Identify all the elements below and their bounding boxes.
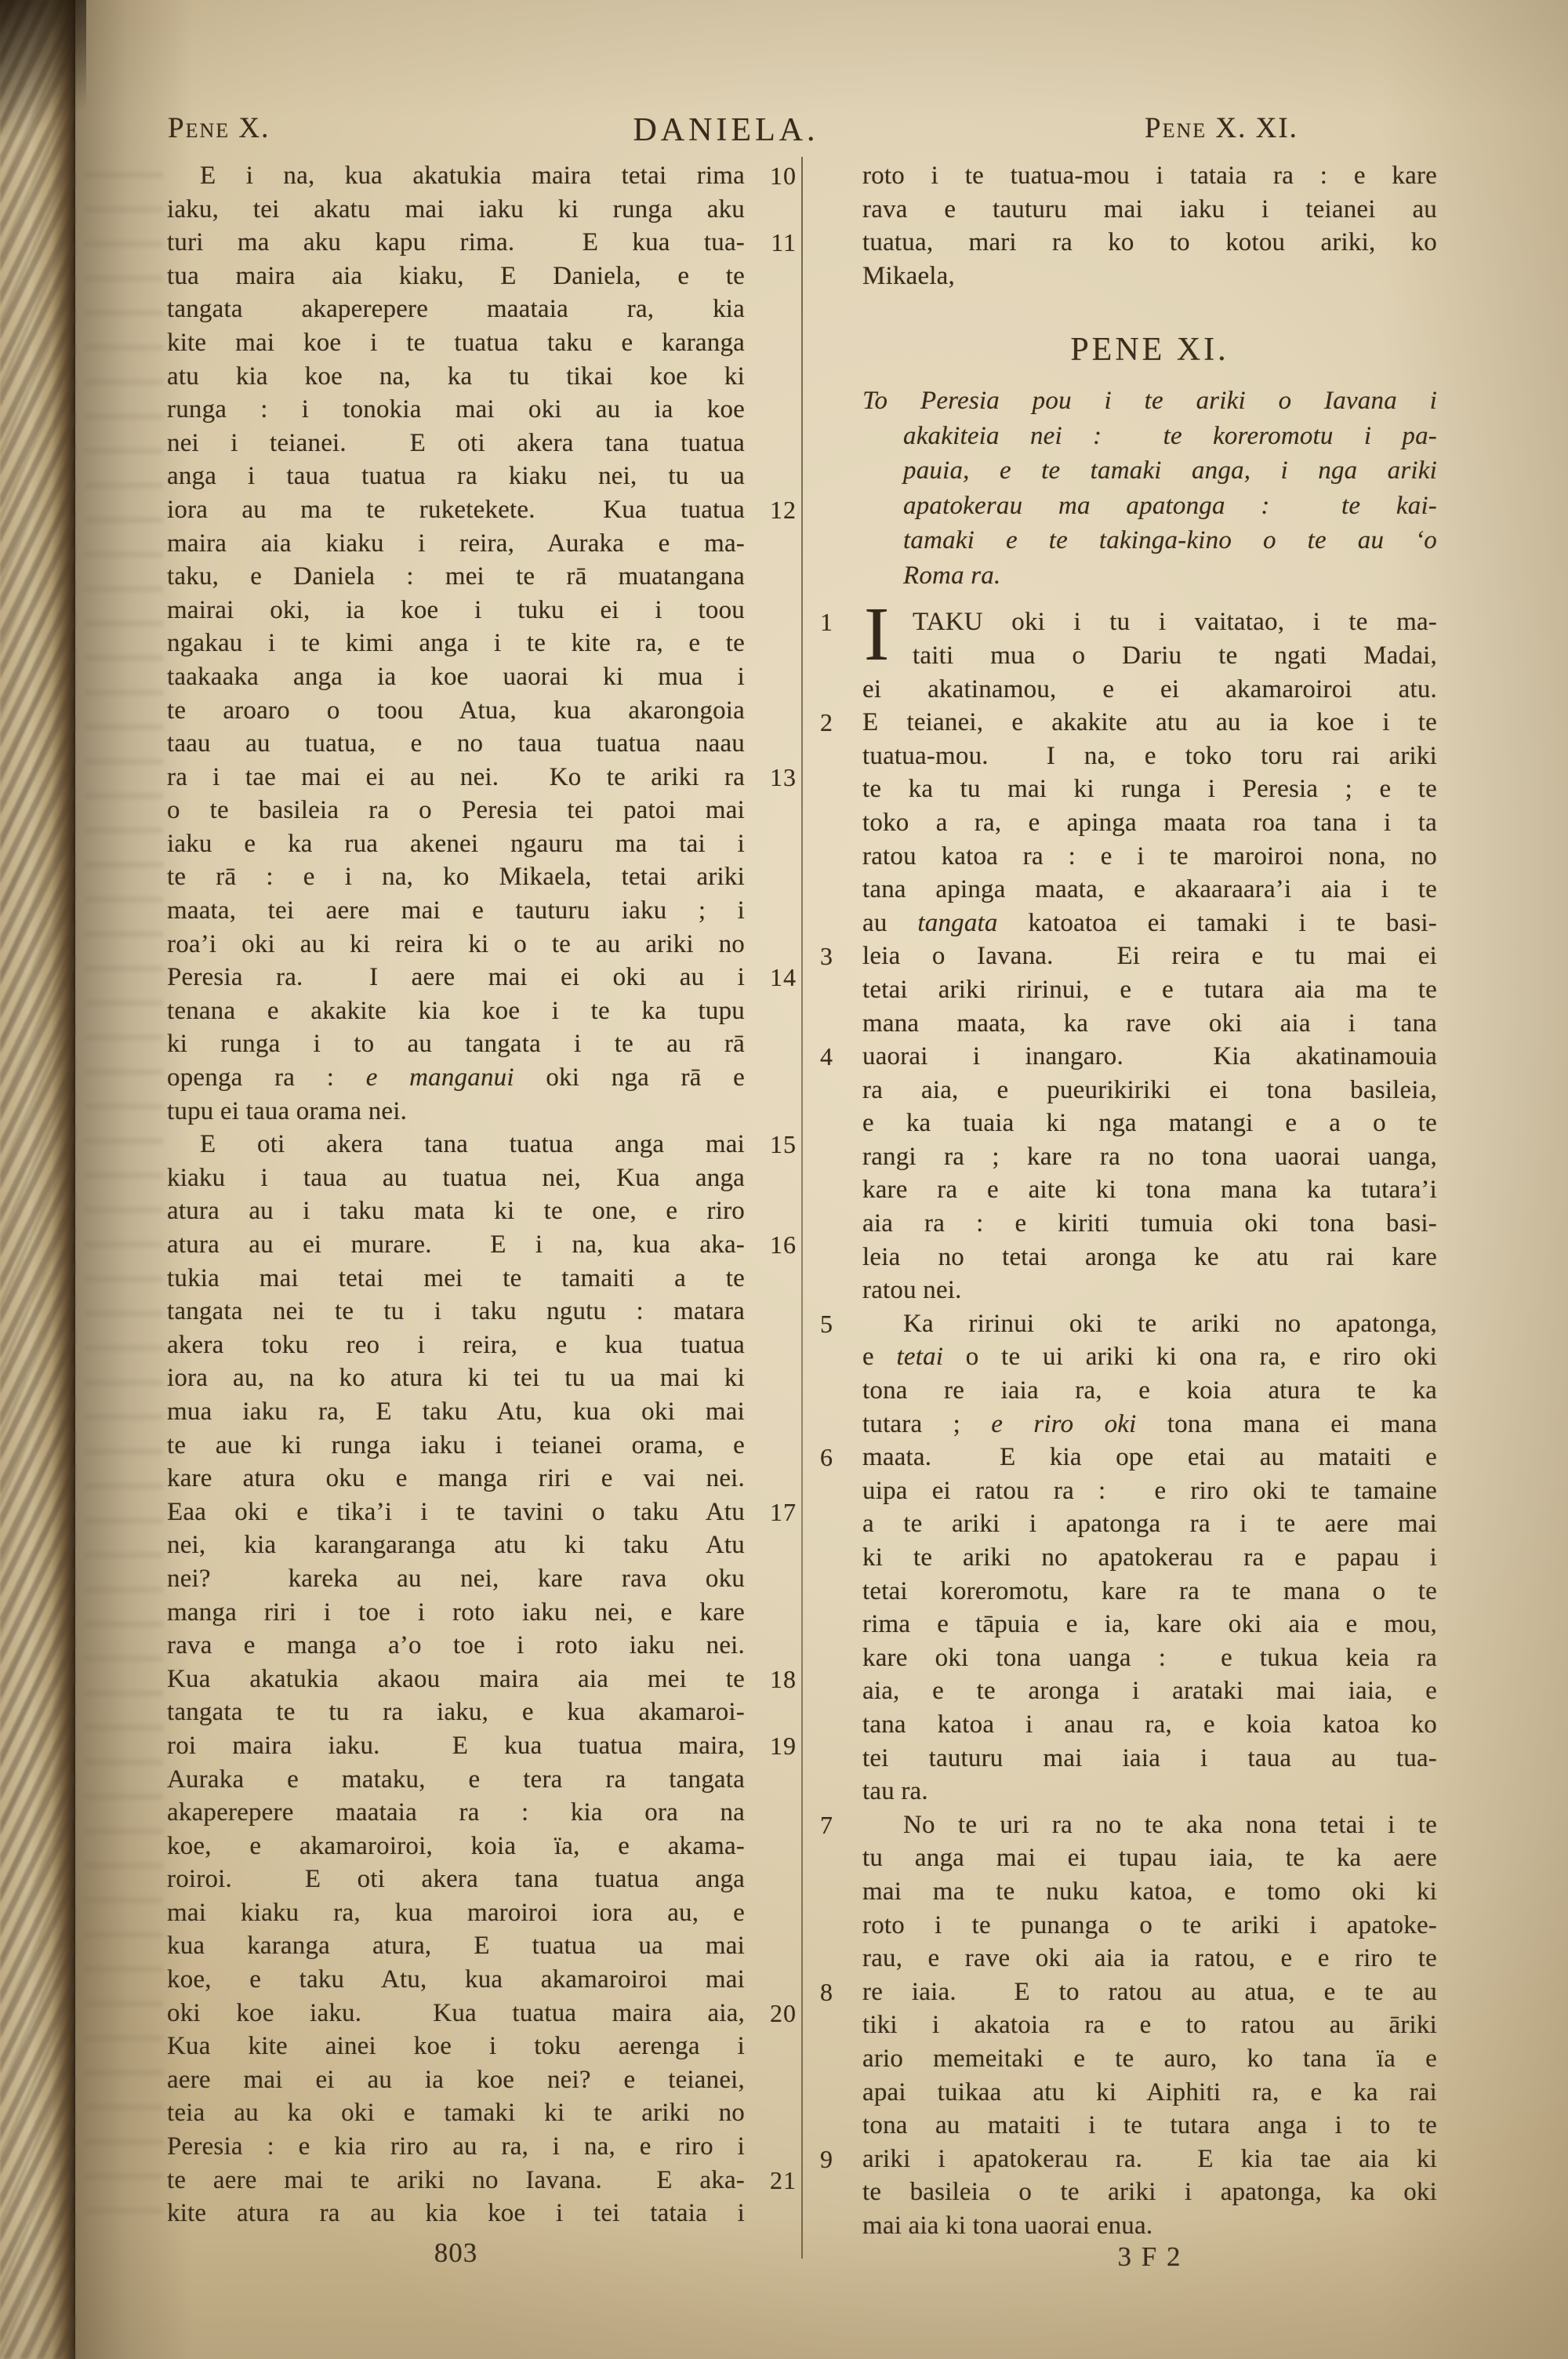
text-line: tuatua, mari ra ko to kotou ariki, ko bbox=[862, 226, 1437, 260]
text-line: tana katoa i anau ra, e koia katoa ko bbox=[862, 1708, 1437, 1742]
text-line: maira aia kiaku i reira, Auraka e ma- bbox=[167, 527, 745, 561]
text-line: Kua akatukia akaou maira aia mei te18 bbox=[167, 1663, 745, 1696]
text-line: koe, e akamaroiroi, koia ïa, e akama- bbox=[167, 1830, 745, 1863]
text-line: atura au i taku mata ki te one, e riro bbox=[167, 1194, 745, 1228]
verse-number: 2 bbox=[820, 706, 856, 740]
text-line: tupu ei taua orama nei. bbox=[167, 1095, 745, 1129]
ink-bleed-through bbox=[85, 157, 163, 2235]
text-line: manga riri i toe i roto iaku nei, e kare bbox=[167, 1596, 745, 1630]
text-line: mairai oki, ia koe i tuku ei i toou bbox=[167, 594, 745, 627]
verse-number: 17 bbox=[770, 1496, 797, 1529]
verse-number: 21 bbox=[770, 2164, 797, 2197]
text-line: e ka tuaia ki nga matangi e a o te bbox=[862, 1107, 1437, 1140]
text-line: kare ra e aite ki tona mana ka tutara’i bbox=[862, 1173, 1437, 1207]
text-line: ki te ariki no apatokerau ra e papau i bbox=[862, 1541, 1437, 1575]
text-line: tuatua-mou. I na, e toko toru rai ariki bbox=[862, 740, 1437, 773]
text-line: mai aia ki tona uaorai enua. bbox=[862, 2209, 1437, 2243]
text-line: akera toku reo i reira, e kua tuatua bbox=[167, 1329, 745, 1362]
text-line: Eaa oki e tika’i i te tavini o taku Atu1… bbox=[167, 1496, 745, 1529]
text-line: maata. E kia ope etai au mataiti e6 bbox=[862, 1441, 1437, 1474]
text-line: iora au ma te ruketekete. Kua tuatua12 bbox=[167, 493, 745, 527]
verse-number: 7 bbox=[820, 1808, 856, 1842]
text-line: ratou nei. bbox=[862, 1274, 1437, 1307]
text-line: ngakau i te kimi anga i te kite ra, e te bbox=[167, 627, 745, 660]
text-line: E oti akera tana tuatua anga mai15 bbox=[167, 1128, 745, 1161]
text-line: ariki i apatokerau ra. E kia tae aia ki9 bbox=[862, 2143, 1437, 2176]
chapter10-continuation: roto i te tuatua-mou i tataia ra : e kar… bbox=[862, 159, 1437, 293]
text-line: kiaku i taua au tuatua nei, Kua anga bbox=[167, 1161, 745, 1195]
text-line: kite mai koe i te tuatua taku e karanga bbox=[167, 326, 745, 360]
text-line: E i na, kua akatukia maira tetai rima10 bbox=[167, 159, 745, 193]
text-line: iaku, tei akatu mai iaku ki runga aku bbox=[167, 193, 745, 227]
text-line: koe, e taku Atu, kua akamaroiroi mai bbox=[167, 1963, 745, 1997]
text-line: re iaia. E to ratou au atua, e te au8 bbox=[862, 1976, 1437, 2009]
chapter-summary: To Peresia pou i te ariki o Iavana iakak… bbox=[862, 383, 1437, 593]
text-line: tamaki e te takinga-kino o te au ‘o bbox=[862, 523, 1437, 558]
text-line: tangata te tu ra iaku, e kua akamaroi- bbox=[167, 1696, 745, 1729]
text-line: te basileia o te ariki i apatonga, ka ok… bbox=[862, 2175, 1437, 2209]
column-divider-rule bbox=[801, 157, 803, 2259]
text-line: a te ariki i apatonga ra i te aere mai bbox=[862, 1507, 1437, 1541]
verse-number: 13 bbox=[770, 761, 797, 794]
text-line: te aue ki runga iaku i teianei orama, e bbox=[167, 1429, 745, 1463]
text-line: nei, kia karangaranga atu ki taku Atu bbox=[167, 1528, 745, 1562]
running-head-left: Pene X. bbox=[168, 111, 270, 151]
text-line: Auraka e mataku, e tera ra tangata bbox=[167, 1763, 745, 1797]
text-line: tetai ariki ririnui, e e tutara aia ma t… bbox=[862, 973, 1437, 1007]
text-line: maata, tei aere mai e tauturu iaku ; i bbox=[167, 894, 745, 928]
text-line: apatokerau ma apatonga : te kai- bbox=[862, 489, 1437, 524]
chapter-heading: PENE XI. bbox=[862, 330, 1437, 369]
text-line: uaorai i inangaro. Kia akatinamouia4 bbox=[862, 1040, 1437, 1074]
text-line: tangata nei te tu i taku ngutu : matara bbox=[167, 1295, 745, 1329]
text-line: leia o Iavana. Ei reira e tu mai ei3 bbox=[862, 940, 1437, 973]
text-line: kite atura ra au kia koe i tei tataia i bbox=[167, 2197, 745, 2230]
text-line: oki koe iaku. Kua tuatua maira aia,20 bbox=[167, 1997, 745, 2030]
text-line: mana maata, ka rave oki aia i tana bbox=[862, 1007, 1437, 1041]
right-column: roto i te tuatua-mou i tataia ra : e kar… bbox=[862, 159, 1437, 2242]
facing-page-text-lines bbox=[0, 0, 75, 2359]
text-line: taau au tuatua, e no taua tuatua naau bbox=[167, 727, 745, 761]
text-line: roi maira iaku. E kua tuatua maira,19 bbox=[167, 1729, 745, 1763]
text-line: au tangata katoatoa ei tamaki i te basi- bbox=[862, 907, 1437, 940]
text-line: te aere mai te ariki no Iavana. E aka-21 bbox=[167, 2164, 745, 2197]
text-line: leia no tetai aronga ke atu rai kare bbox=[862, 1241, 1437, 1274]
text-line: aia ra : e kiriti tumuia oki tona basi- bbox=[862, 1207, 1437, 1241]
text-line: Roma ra. bbox=[862, 558, 1437, 594]
text-line: turi ma aku kapu rima. E kua tua-11 bbox=[167, 226, 745, 260]
text-line: tona re iaia ra, e koia atura te ka bbox=[862, 1374, 1437, 1408]
signature-mark: 3 F 2 bbox=[862, 2241, 1437, 2273]
text-line: ei akatinamou, e ei akamaroiroi atu. bbox=[862, 673, 1437, 707]
text-line: iaku e ka rua akenei ngauru ma tai i bbox=[167, 827, 745, 861]
text-line: tu anga mai ei tupau iaia, te ka aere bbox=[862, 1841, 1437, 1875]
verse-number: 11 bbox=[771, 226, 797, 260]
text-line: mai ma te nuku katoa, e tomo oki ki bbox=[862, 1875, 1437, 1909]
book-page-scan: Pene X. DANIELA. Pene X. XI. E i na, kua… bbox=[0, 0, 1568, 2359]
verse-number: 20 bbox=[770, 1997, 797, 2030]
verse-number: 19 bbox=[770, 1729, 797, 1763]
text-line: apai tuikaa atu ki Aiphiti ra, e ka rai bbox=[862, 2076, 1437, 2110]
verse-number: 16 bbox=[770, 1228, 797, 1262]
text-line: iora au, na ko atura ki tei tu ua mai ki bbox=[167, 1361, 745, 1395]
text-line: TAKU oki i tu i vaitatao, i te ma-1 bbox=[862, 605, 1437, 639]
text-line: te rā : e i na, ko Mikaela, tetai ariki bbox=[167, 860, 745, 894]
text-line: tana apinga maata, e akaaraara’i aia i t… bbox=[862, 873, 1437, 907]
text-line: teia au ka oki e tamaki ki te ariki no bbox=[167, 2096, 745, 2130]
text-line: atu kia koe na, ka tu tikai koe ki bbox=[167, 360, 745, 394]
verse-number: 8 bbox=[820, 1976, 856, 2009]
spine-corner-shadow bbox=[0, 0, 86, 157]
text-line: toko a ra, e apinga maata roa tana i ta bbox=[862, 806, 1437, 840]
text-line: anga i taua tuatua ra kiaku nei, tu ua bbox=[167, 460, 745, 493]
text-line: roto i te tuatua-mou i tataia ra : e kar… bbox=[862, 159, 1437, 193]
text-line: ra i tae mai ei au nei. Ko te ariki ra13 bbox=[167, 761, 745, 794]
text-line: ratou katoa ra : e i te maroiroi nona, n… bbox=[862, 840, 1437, 874]
text-line: rava e tauturu mai iaku i teianei au bbox=[862, 193, 1437, 227]
text-line: taku, e Daniela : mei te rā muatangana bbox=[167, 560, 745, 594]
text-line: roto i te punanga o te ariki i apatoke- bbox=[862, 1909, 1437, 1943]
page-number: 803 bbox=[167, 2237, 745, 2269]
text-line: mai kiaku ra, kua maroiroi iora au, e bbox=[167, 1896, 745, 1930]
text-line: tukia mai tetai mei te tamaiti a te bbox=[167, 1262, 745, 1296]
text-line: kare atura oku e manga riri e vai nei. bbox=[167, 1462, 745, 1496]
text-line: taakaaka anga ia koe uaorai ki mua i bbox=[167, 660, 745, 694]
text-line: tiki i akatoia ra e to ratou au āriki bbox=[862, 2008, 1437, 2042]
text-line: tau ra. bbox=[862, 1775, 1437, 1808]
verse-number: 14 bbox=[770, 961, 797, 994]
text-line: akaperepere maataia ra : kia ora na bbox=[167, 1796, 745, 1830]
text-line: nei? kareka au nei, kare rava oku bbox=[167, 1562, 745, 1596]
text-line: rau, e rave oki aia ia ratou, e e riro t… bbox=[862, 1942, 1437, 1976]
text-line: rima e tāpuia e ia, kare oki aia e mou, bbox=[862, 1608, 1437, 1641]
text-line: No te uri ra no te aka nona tetai i te7 bbox=[862, 1808, 1437, 1842]
text-line: Peresia ra. I aere mai ei oki au i14 bbox=[167, 961, 745, 994]
verse-number: 9 bbox=[820, 2143, 856, 2176]
text-line: mua iaku ra, E taku Atu, kua oki mai bbox=[167, 1395, 745, 1429]
text-line: To Peresia pou i te ariki o Iavana i bbox=[862, 383, 1437, 419]
text-line: runga : i tonokia mai oki au ia koe bbox=[167, 393, 745, 427]
facing-page-edge bbox=[0, 0, 75, 2359]
verse-number: 3 bbox=[820, 940, 856, 973]
left-column: E i na, kua akatukia maira tetai rima10i… bbox=[167, 159, 745, 2230]
text-line: Mikaela, bbox=[862, 260, 1437, 293]
text-line: tua maira aia kiaku, E Daniela, e te bbox=[167, 260, 745, 293]
text-line: rangi ra ; kare ra no tona uaorai uanga, bbox=[862, 1140, 1437, 1174]
text-line: openga ra : e manganui oki nga rā e bbox=[167, 1061, 745, 1095]
verse-number: 15 bbox=[770, 1128, 797, 1161]
verse-number: 1 bbox=[820, 605, 856, 639]
text-line: tenana e akakite kia koe i te ka tupu bbox=[167, 994, 745, 1028]
text-line: roiroi. E oti akera tana tuatua anga bbox=[167, 1863, 745, 1896]
verse-number: 12 bbox=[770, 493, 797, 527]
text-line: Peresia : e kia riro au ra, i na, e riro… bbox=[167, 2130, 745, 2164]
text-line: te aroaro o toou Atua, kua akarongoia bbox=[167, 694, 745, 728]
running-head-title: DANIELA. bbox=[549, 111, 903, 151]
text-line: te ka tu mai ki runga i Peresia ; e te bbox=[862, 772, 1437, 806]
text-line: uipa ei ratou ra : e riro oki te tamaine bbox=[862, 1474, 1437, 1508]
text-line: e tetai o te ui ariki ki ona ra, e riro … bbox=[862, 1340, 1437, 1374]
text-line: Kua kite ainei koe i toku aerenga i bbox=[167, 2030, 745, 2063]
text-line: akakiteia nei : te koreromotu i pa- bbox=[862, 419, 1437, 454]
text-line: aia, e te aronga i arataki mai iaia, e bbox=[862, 1674, 1437, 1708]
running-head-right: Pene X. XI. bbox=[1104, 111, 1339, 151]
text-line: o te basileia ra o Peresia tei patoi mai bbox=[167, 794, 745, 827]
text-line: kua karanga atura, E tuatua ua mai bbox=[167, 1929, 745, 1963]
text-line: ra aia, e pueurikiriki ei tona basileia, bbox=[862, 1074, 1437, 1107]
text-line: tetai koreromotu, kare ra te mana o te bbox=[862, 1575, 1437, 1608]
text-line: taiti mua o Dariu te ngati Madai, bbox=[862, 639, 1437, 673]
text-line: E teianei, e akakite atu au ia koe i te2 bbox=[862, 706, 1437, 740]
text-line: rava e manga a’o toe i roto iaku nei. bbox=[167, 1629, 745, 1663]
text-line: aere mai ei au ia koe nei? e teianei, bbox=[167, 2063, 745, 2097]
text-line: Ka ririnui oki te ariki no apatonga,5 bbox=[862, 1307, 1437, 1341]
text-line: atura au ei murare. E i na, kua aka-16 bbox=[167, 1228, 745, 1262]
verse-number: 4 bbox=[820, 1040, 856, 1074]
verse-number: 5 bbox=[820, 1307, 856, 1341]
text-line: kare oki tona uanga : e tukua keia ra bbox=[862, 1641, 1437, 1675]
chapter11-verses: I TAKU oki i tu i vaitatao, i te ma-1tai… bbox=[862, 605, 1437, 2242]
verse-number: 6 bbox=[820, 1441, 856, 1474]
verse-number: 18 bbox=[770, 1663, 797, 1696]
text-line: roa’i oki au ki reira ki o te au ariki n… bbox=[167, 928, 745, 961]
text-line: tutara ; e riro oki tona mana ei mana bbox=[862, 1408, 1437, 1441]
text-line: pauia, e te tamaki anga, i nga ariki bbox=[862, 453, 1437, 489]
verse-number: 10 bbox=[770, 159, 797, 193]
text-line: nei i teianei. E oti akera tana tuatua bbox=[167, 427, 745, 460]
text-line: tangata akaperepere maataia ra, kia bbox=[167, 293, 745, 326]
text-line: ki runga i to au tangata i te au rā bbox=[167, 1027, 745, 1061]
text-line: tona au mataiti i te tutara anga i to te bbox=[862, 2109, 1437, 2143]
text-line: ario memeitaki e te auro, ko tana ïa e bbox=[862, 2042, 1437, 2076]
text-line: tei tauturu mai iaia i taua au tua- bbox=[862, 1742, 1437, 1776]
